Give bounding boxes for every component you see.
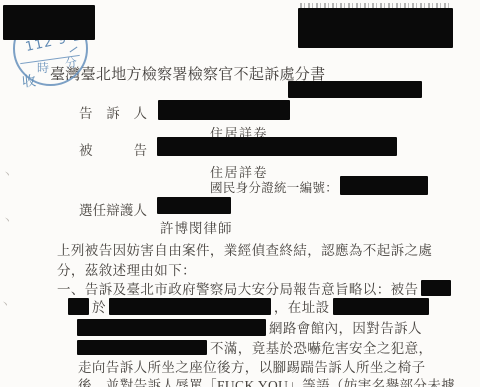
redaction-box-inline	[77, 319, 266, 336]
scan-speck: 丶	[0, 296, 10, 311]
defense-counsel-label: 選任辯護人	[79, 199, 147, 219]
redaction-box-case-number	[288, 81, 422, 98]
stamp-hour-label: 時	[37, 59, 49, 76]
body-text-segment: 不滿，竟基於恐嚇危害安全之犯意，	[210, 337, 432, 357]
defense-counsel-name: 許博閔律師	[160, 217, 233, 237]
redaction-box-header-left	[3, 5, 95, 40]
redaction-box-inline	[109, 298, 271, 315]
body-text-segment: 於	[92, 296, 106, 316]
body-text-segment: ，在址設	[274, 296, 330, 316]
body-item1-line-1: 一、告訴及臺北市政府警察局大安分局報告意旨略以：被告	[57, 278, 451, 298]
redaction-box-defendant-name	[157, 137, 397, 156]
redaction-box-inline	[68, 298, 89, 315]
scan-speck: 丶	[2, 212, 12, 227]
body-text-segment: 一、告訴及臺北市政府警察局大安分局報告意旨略以：被告	[57, 278, 418, 298]
redaction-box-complainant-name	[158, 100, 290, 120]
body-item1-line-4: 不滿，竟基於恐嚇危害安全之犯意，	[77, 337, 432, 357]
stamp-receipt-label: 收	[21, 70, 37, 91]
body-item1-line-3: 網路會館內，因對告訴人	[77, 317, 422, 337]
body-item1-line-5: 走向告訴人所坐之座位後方，以腳踢踹告訴人所坐之椅子	[78, 356, 426, 376]
complainant-label: 告訴人	[79, 102, 147, 122]
body-intro-line-2: 分，茲敘述理由如下：	[57, 259, 196, 279]
body-text-segment: 網路會館內，因對告訴人	[269, 317, 422, 337]
scan-speck: 丶	[2, 166, 12, 181]
defendant-label: 被告	[79, 139, 147, 159]
body-intro-line-1: 上列被告因妨害自由案件，業經偵查終結，認應為不起訴之處	[57, 239, 432, 259]
national-id-label: 國民身分證統一編號：	[210, 178, 338, 196]
redaction-box-national-id	[340, 176, 428, 195]
redaction-box-inline	[77, 340, 207, 355]
redaction-box-counsel	[157, 197, 231, 214]
body-item1-line-6: 後，並對告訴人辱罵「FUCK YOU」等語（妨害名譽部分未據	[78, 374, 455, 387]
redaction-box-inline	[333, 298, 429, 315]
document-title: 臺灣臺北地方檢察署檢察官不起訴處分書	[50, 63, 325, 84]
redaction-box-inline	[421, 280, 451, 296]
body-item1-line-2: 於 ，在址設	[68, 296, 429, 316]
redaction-box-header-right	[298, 8, 453, 48]
document-page: 112 9 11 時 分 收 臺灣臺北地方檢察署檢察官不起訴處分書 告訴人 住居…	[0, 0, 480, 387]
